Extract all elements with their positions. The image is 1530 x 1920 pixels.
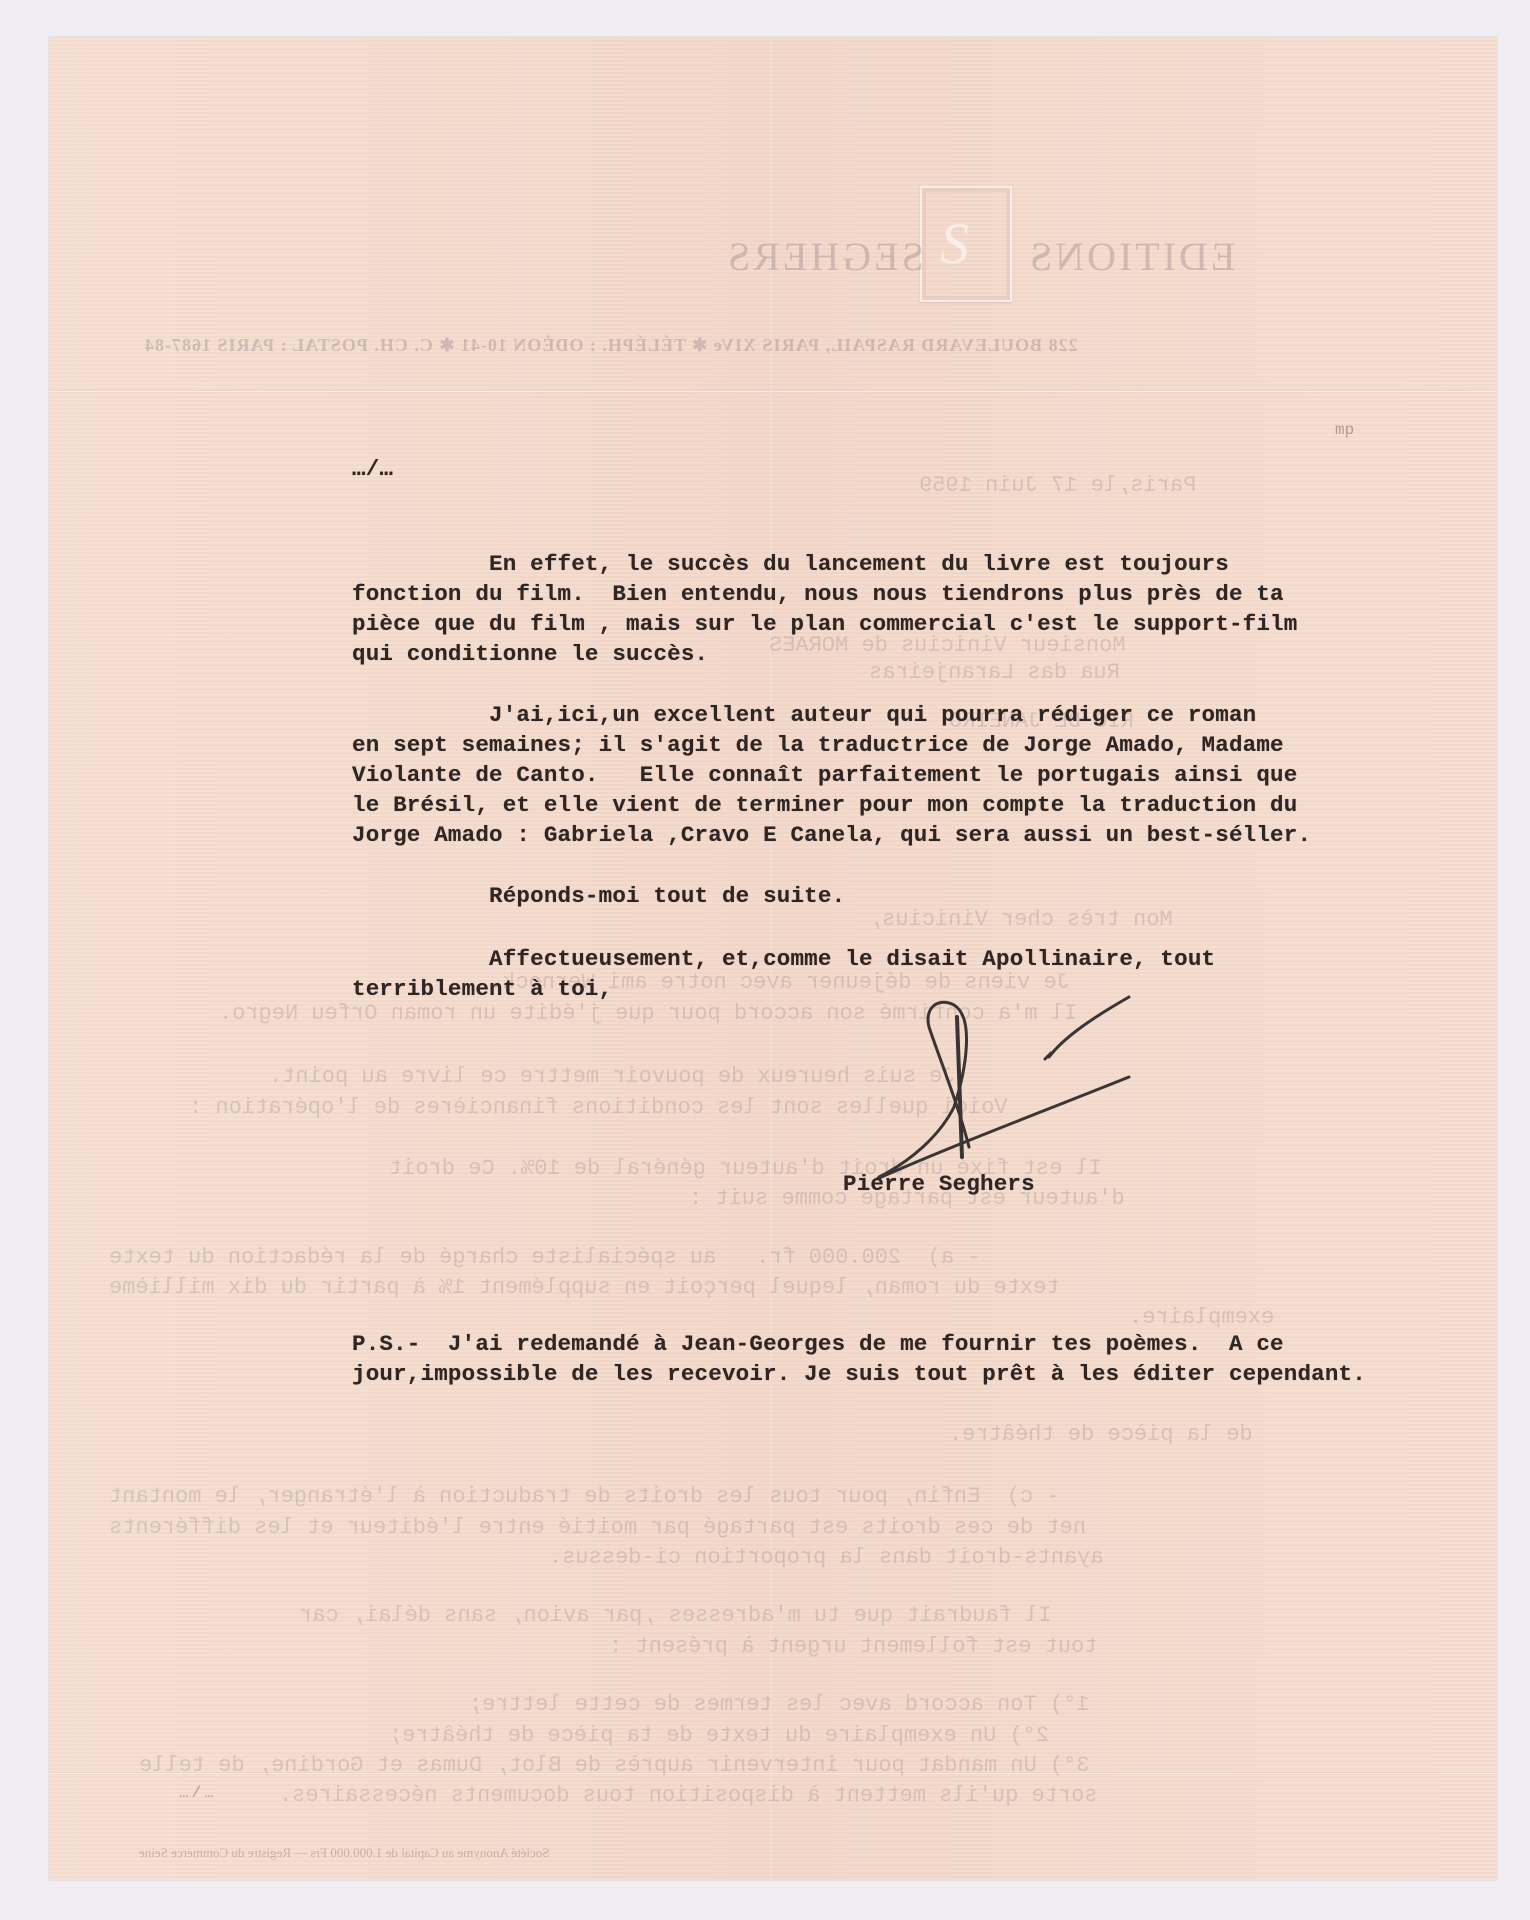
- letter-page: EDITIONS S SEGHERS 228 BOULEVARD RASPAIL…: [49, 37, 1497, 1880]
- text-line: J'ai,ici,un excellent auteur qui pourra …: [352, 700, 1256, 730]
- showthrough-date: Paris,le 17 Juin 1959: [919, 473, 1196, 498]
- showthrough-line: de la pièce de théâtre.: [949, 1422, 1253, 1447]
- bottom-continuation-mark: …/…: [179, 1784, 217, 1802]
- fold-line-top: [49, 390, 1497, 393]
- showthrough-footer: Société Anonyme au Capital de 1.000.000 …: [139, 1845, 550, 1861]
- text-line: En effet, le succès du lancement du livr…: [352, 549, 1229, 579]
- showthrough-line: sorte qu'ils mettent à disposition tous …: [279, 1783, 1098, 1808]
- text-line: fonction du film. Bien entendu, nous nou…: [352, 579, 1284, 609]
- showthrough-line: texte du roman, lequel perçoit en supplé…: [109, 1275, 1060, 1300]
- showthrough-line: - c) Enfin, pour tous les droits de trad…: [109, 1484, 1060, 1509]
- text-line: pièce que du film , mais sur le plan com…: [352, 609, 1297, 639]
- showthrough-line: Il faudrait que tu m'adresses ,par avion…: [299, 1603, 1052, 1628]
- showthrough-line: tout est follement urgent à présent :: [609, 1634, 1097, 1659]
- postscript-line: jour,impossible de les recevoir. Je suis…: [352, 1359, 1366, 1389]
- text-line: Réponds-moi tout de suite.: [352, 881, 845, 911]
- showthrough-line: - a) 200.000 fr. au spécialiste chargé d…: [109, 1245, 980, 1270]
- text-line: Violante de Canto. Elle connaît parfaite…: [352, 760, 1297, 790]
- showthrough-line: 1°) Ton accord avec les termes de cette …: [469, 1692, 1090, 1717]
- letterhead-address: 228 BOULEVARD RASPAIL, PARIS XIVe ✱ TÉLÉ…: [144, 335, 1078, 356]
- showthrough-line: ayants-droit dans la proportion ci-dessu…: [549, 1545, 1104, 1570]
- handwritten-signature-icon: [829, 987, 1159, 1187]
- text-line: Jorge Amado : Gabriela ,Cravo E Canela, …: [352, 820, 1311, 850]
- text-line: terriblement à toi,: [352, 974, 612, 1004]
- text-line: qui conditionne le succès.: [352, 639, 708, 669]
- showthrough-recipient-2: Rua das Laranjeiras: [869, 660, 1120, 685]
- letterhead-logo: S: [920, 186, 1012, 302]
- continuation-mark: …/…: [352, 454, 393, 484]
- logo-monogram-icon: S: [940, 210, 969, 277]
- text-line: Affectueusement, et,comme le disait Apol…: [352, 944, 1215, 974]
- letterhead-brand-left: EDITIONS: [1027, 233, 1235, 280]
- showthrough-line: 2°) Un exemplaire du texte de ta pièce d…: [389, 1723, 1049, 1748]
- postscript-line: P.S.- J'ai redemandé à Jean-Georges de m…: [352, 1329, 1284, 1359]
- text-line: en sept semaines; il s'agit de la traduc…: [352, 730, 1284, 760]
- text-line: le Brésil, et elle vient de terminer pou…: [352, 790, 1297, 820]
- signature-name: Pierre Seghers: [843, 1169, 1035, 1199]
- showthrough-salutation: Mon très cher Vinicius,: [869, 907, 1173, 932]
- letterhead-brand-right: SEGHERS: [725, 233, 924, 280]
- showthrough-line: net de ces droits est partagé par moitié…: [109, 1515, 1086, 1540]
- showthrough-line: exemplaire.: [1129, 1305, 1274, 1330]
- showthrough-line: 3°) Un mandat pour intervenir auprès de …: [139, 1753, 1090, 1778]
- initials-mark: mp: [1335, 421, 1354, 439]
